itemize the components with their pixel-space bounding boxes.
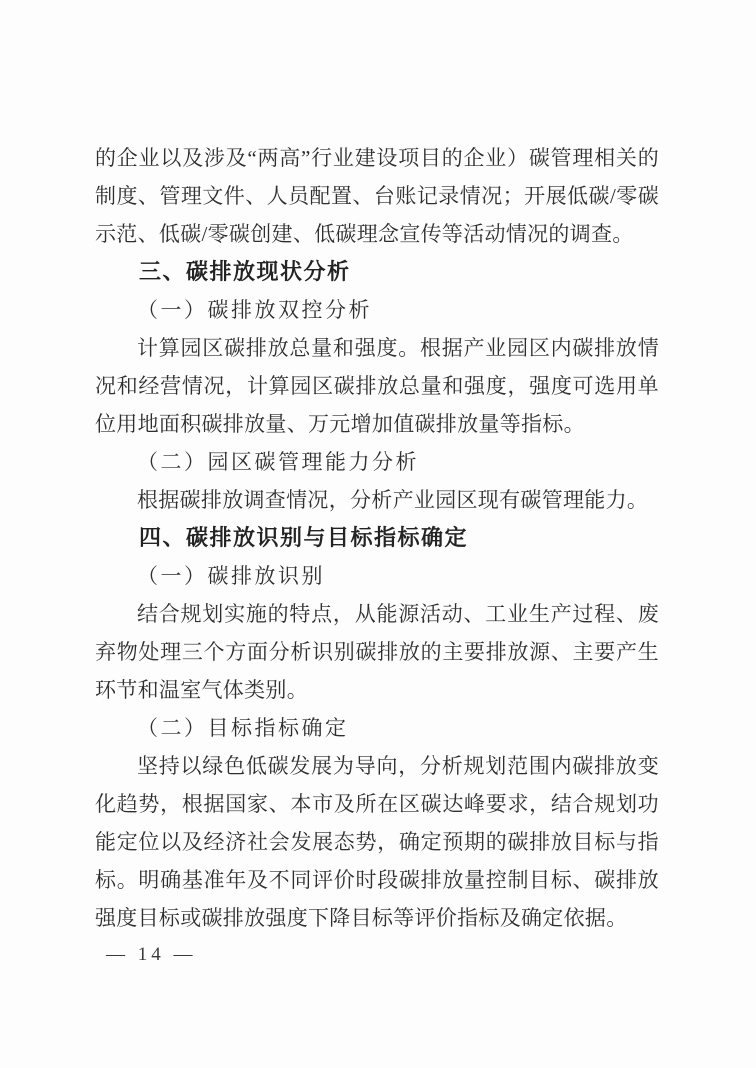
subsection-heading-3-2: （二）园区碳管理能力分析 <box>95 443 659 481</box>
subsection-heading-3-1: （一）碳排放双控分析 <box>95 291 659 329</box>
paragraph-3-2: 根据碳排放调查情况，分析产业园区现有碳管理能力。 <box>95 481 659 519</box>
section-heading-3: 三、碳排放现状分析 <box>95 253 659 291</box>
document-body: 的企业以及涉及“两高”行业建设项目的企业）碳管理相关的制度、管理文件、人员配置、… <box>95 139 659 937</box>
subsection-heading-4-2: （二）目标指标确定 <box>95 709 659 747</box>
subsection-heading-4-1: （一）碳排放识别 <box>95 557 659 595</box>
document-page: 的企业以及涉及“两高”行业建设项目的企业）碳管理相关的制度、管理文件、人员配置、… <box>0 0 756 1068</box>
paragraph-4-1: 结合规划实施的特点，从能源活动、工业生产过程、废弃物处理三个方面分析识别碳排放的… <box>95 595 659 709</box>
paragraph-3-1: 计算园区碳排放总量和强度。根据产业园区内碳排放情况和经营情况，计算园区碳排放总量… <box>95 329 659 443</box>
paragraph-survey-continuation: 的企业以及涉及“两高”行业建设项目的企业）碳管理相关的制度、管理文件、人员配置、… <box>95 139 659 253</box>
paragraph-4-2: 坚持以绿色低碳发展为导向，分析规划范围内碳排放变化趋势，根据国家、本市及所在区碳… <box>95 747 659 937</box>
section-heading-4: 四、碳排放识别与目标指标确定 <box>95 519 659 557</box>
page-number: — 14 — <box>106 941 197 969</box>
